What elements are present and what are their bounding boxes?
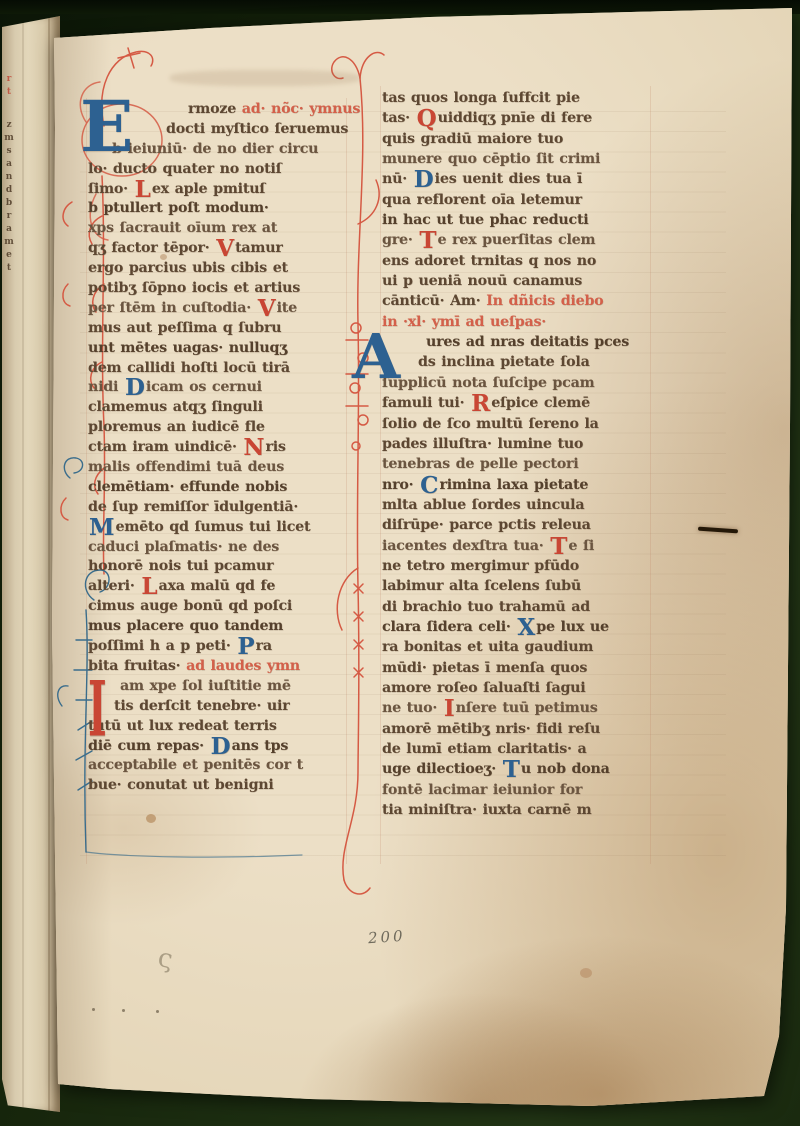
text-line: ds inclina pietate ſola [382,352,652,372]
gothic-text: iacentes dexſtra tua· [382,538,549,554]
text-line: per ſtēm in cuſtodia· Vite [88,299,350,319]
show-through-smudge [170,70,360,86]
text-line: alteri· Laxa malū qd fe [88,577,350,597]
text-line: uge dilectioeʒ· Tu nob dona [382,759,652,779]
gothic-text: clamemus atqʒ ſinguli [88,399,263,415]
rubric-text: In dñicis diebo [486,293,603,309]
text-line: Memēto qd ſumus tui licet [88,518,350,538]
gothic-text: fontē lacimar ieiunior for [382,782,582,798]
gothic-text: ures ad nras deitatis pces [426,334,629,350]
gothic-text: ſolio de ſco multū ſereno la [382,416,599,432]
text-line: quis gradiū maiore tuo [382,129,652,149]
gothic-text: unt mētes uagas· nulluqʒ [88,340,287,356]
fox-spot [580,968,592,978]
text-line: ctam iram uindicē· Nris [88,438,350,458]
gothic-text: tia miniſtra· iuxta carnē m [382,802,591,818]
text-line: malis offendimi tuā deus [88,458,350,478]
text-line: ergo parcius ubis cibis et [88,259,350,279]
gothic-text: mlta ablue ſordes uincula [382,497,584,513]
gothic-text: clara ſidera celi· [382,619,516,635]
text-line: fontē lacimar ieiunior for [382,780,652,800]
gothic-text: mus aut peſſima q ſubru [88,320,281,336]
gothic-text: mus placere quo tandem [88,618,283,634]
text-line: ures ad nras deitatis pces [382,332,652,352]
text-line: ne tuo· Inſere tuū petimus [382,698,652,718]
gothic-text: ris [265,439,285,455]
text-line: mūdi· pietas ī menſa quos [382,658,652,678]
ink-speck [92,1008,95,1011]
ink-speck [122,1009,125,1012]
text-line: labimur alta ſcelens ſubū [382,576,652,596]
gothic-text: per ſtēm in cuſtodia· [88,300,257,316]
gothic-text: cānticū· Am· [382,293,486,309]
text-line: ſolio de ſco multū ſereno la [382,414,652,434]
gothic-text: docti myſtico ſeruemus [166,121,348,137]
gothic-text: ſimo· [88,181,134,197]
gothic-text: mūdi· pietas ī menſa quos [382,660,587,676]
folio-number: 200 [367,927,406,948]
gothic-text: caduci plaſmatis· ne des [88,539,279,555]
gothic-text: eſpice clemē [491,395,590,411]
gothic-text: e ſi [568,538,594,554]
text-line: unt mētes uagas· nulluqʒ [88,339,350,359]
text-line: tis derſcit tenebre· uir [88,697,350,717]
text-column-left: Ermoze ad· nõc· ymnusdocti myſtico ſerue… [88,100,350,796]
text-line: ra bonitas et uita gaudium [382,637,652,657]
text-line: tia miniſtra· iuxta carnē m [382,800,652,820]
text-line: mus aut peſſima q ſubru [88,319,350,339]
gothic-text: bue· conutat ut benigni [88,777,274,793]
gothic-text: u nob dona [521,761,610,777]
text-line: diē cum repas· Dans tps [88,737,350,757]
text-line: mlta ablue ſordes uincula [382,495,652,515]
gothic-text: b ieiuniū· de no dier circu [112,141,318,157]
gothic-text: uiddiqʒ pnīe di fere [438,110,592,126]
column-guide-line [380,86,381,864]
gothic-text: cimus auge bonū qd poſci [88,598,292,614]
gothic-text: tis derſcit tenebre· uir [114,698,290,714]
gothic-text: ploremus an iudicē fle [88,419,265,435]
gothic-text: nſere tuū petimus [456,700,598,716]
text-line: nidi Dicam os cernui [88,378,350,398]
illuminated-initial-I: I [88,673,107,713]
text-line: acceptabile et penitēs cor t [88,756,350,776]
gothic-text: ans tps [232,738,289,754]
text-line: ens adoret trnitas q nos no [382,251,652,271]
gothic-text: de lumī etiam claritatis· a [382,741,586,757]
text-line: potibʒ ſōpno iocis et artius [88,279,350,299]
gothic-text: nro· [382,477,419,493]
gothic-text: tas· [382,110,416,126]
gothic-text: ui p ueniā nouū canamus [382,273,582,289]
text-line: caduci plaſmatis· ne des [88,538,350,558]
gothic-text: gre· [382,232,418,248]
gothic-text: nidi [88,379,124,395]
gothic-text: ne tetro mergimur pfūdo [382,558,579,574]
gothic-text: ra bonitas et uita gaudium [382,639,593,655]
gothic-text: poſſimi h a p peti· [88,638,236,654]
gothic-text: pe lux ue [536,619,609,635]
gothic-text: qua reflorent oīa letemur [382,192,582,208]
gothic-text: ctam iram uindicē· [88,439,242,455]
gothic-text: nū· [382,171,413,187]
text-line: iacentes dexſtra tua· Te ſi [382,536,652,556]
gothic-text: malis offendimi tuā deus [88,459,284,475]
gothic-text: rmoze [188,101,242,117]
fox-spot [146,814,156,823]
rubric-text: in ·xl· ymī ad ueſpas· [382,314,546,330]
gothic-text: ergo parcius ubis cibis et [88,260,288,276]
edge-bleed-text-red: rt [4,74,14,118]
illuminated-initial-A: A [352,326,400,388]
text-line: nro· Crimina laxa pietate [382,475,652,495]
text-line: clara ſidera celi· Xpe lux ue [382,617,652,637]
gothic-text: tenebras de pelle pectori [382,456,578,472]
gothic-text: acceptabile et penitēs cor t [88,757,303,773]
ink-speck [156,1010,159,1013]
gothic-text: in hac ut tue phac reducti [382,212,589,228]
column-guide-line [86,98,87,864]
fox-spot [160,254,167,260]
gothic-text: dem callidi hoſti locū tirā [88,360,290,376]
gothic-text: ſupplicū nota ſuſcipe pcam [382,375,594,391]
text-line: in ·xl· ymī ad ueſpas· [382,312,652,332]
text-line: mus placere quo tandem [88,617,350,637]
text-line: b ptullert poſt modum· [88,199,350,219]
gothic-text: ies uenit dies tua ī [435,171,583,187]
text-line: diſrūpe· parce pctis releua [382,515,652,535]
text-line: de ſup remiſſor īdulgentiā· [88,498,350,518]
text-line: gre· Te rex puerſitas clem [382,230,652,250]
gothic-text: de ſup remiſſor īdulgentiā· [88,499,298,515]
text-line: amore roſeo ſaluaſti ſagui [382,678,652,698]
gothic-text: ens adoret trnitas q nos no [382,253,596,269]
gothic-text: qʒ factor tēpor· [88,240,215,256]
rubric-text: ad laudes ymn [186,658,300,674]
text-line: tas· Quiddiqʒ pnīe di fere [382,108,652,128]
text-line: poſſimi h a p peti· Pra [88,637,350,657]
text-line: bue· conutat ut benigni [88,776,350,796]
gothic-text: axa malū qd fe [158,578,275,594]
text-line: am xpe ſol iuſtitie mē [88,677,350,697]
text-line: clamemus atqʒ ſinguli [88,398,350,418]
gothic-text: tamur [235,240,283,256]
gothic-text: tutū ut lux redeat terris [88,718,277,734]
gothic-text: labimur alta ſcelens ſubū [382,578,581,594]
illuminated-initial-E: E [80,92,133,162]
gothic-text: pades illuſtra· lumine tuo [382,436,583,452]
gothic-text: icam os cernui [146,379,262,395]
text-line: pades illuſtra· lumine tuo [382,434,652,454]
text-column-right: tas quos longa ſuffcit pietas· Quiddiqʒ … [382,88,652,820]
gothic-text: ite [277,300,297,316]
gothic-text: di brachio tuo trahamū ad [382,599,590,615]
text-line: nū· Dies uenit dies tua ī [382,169,652,189]
text-line: ui p ueniā nouū canamus [382,271,652,291]
gothic-text: b ptullert poſt modum· [88,200,269,216]
gothic-text: clemētiam· effunde nobis [88,479,287,495]
gothic-text: alteri· [88,578,140,594]
gothic-text: ds inclina pietate ſola [418,354,590,370]
gothic-text: ra [256,638,272,654]
text-line: qʒ factor tēpor· Vtamur [88,239,350,259]
gothic-text: e rex puerſitas clem [437,232,595,248]
text-line: ſimo· Lex aple pmituſ [88,180,350,200]
gothic-text: amore roſeo ſaluaſti ſagui [382,680,585,696]
gothic-text: amorē mētibʒ nris· fidi reſu [382,721,600,737]
text-line: qua reflorent oīa letemur [382,190,652,210]
pen-trial-squiggle: ς [156,943,175,975]
text-line: cānticū· Am· In dñicis diebo [382,291,652,311]
text-line: cimus auge bonū qd poſci [88,597,350,617]
manuscript-page: Ermoze ad· nõc· ymnusdocti myſtico ſerue… [50,8,792,1116]
gothic-text: ne tuo· [382,700,443,716]
text-line: clemētiam· effunde nobis [88,478,350,498]
text-line: ploremus an iudicē fle [88,418,350,438]
text-line: honorē nois tui pcamur [88,557,350,577]
text-line: ſupplicū nota ſuſcipe pcam [382,373,652,393]
gothic-text: ex aple pmituſ [152,181,265,197]
gothic-text: munere quo cēptio ſit crimi [382,151,600,167]
text-line: famuli tui· Reſpice clemē [382,393,652,413]
edge-bleed-text: zmsandbramet [4,120,14,500]
gothic-text: rimina laxa pietate [439,477,588,493]
gothic-text: potibʒ ſōpno iocis et artius [88,280,300,296]
gothic-text: diſrūpe· parce pctis releua [382,517,591,533]
gothic-text: uge dilectioeʒ· [382,761,502,777]
parchment-surface: Ermoze ad· nõc· ymnusdocti myſtico ſerue… [50,8,792,1116]
gothic-text: emēto qd ſumus tui licet [115,519,310,535]
parchment-slit-flaw [698,527,738,534]
gothic-text: tas quos longa ſuffcit pie [382,90,580,106]
text-line: bita fruitas· ad laudes ymn [88,657,350,677]
gothic-text: honorē nois tui pcamur [88,558,273,574]
page-edge-fold [22,16,24,1112]
gothic-text: am xpe ſol iuſtitie mē [120,678,291,694]
text-line: amorē mētibʒ nris· fidi reſu [382,719,652,739]
rubric-text: ad· nõc· ymnus [242,101,360,117]
gothic-text: famuli tui· [382,395,470,411]
text-line: ne tetro mergimur pfūdo [382,556,652,576]
gothic-text: xps ſacrauit oīum rex at [88,220,277,236]
gothic-text: quis gradiū maiore tuo [382,131,563,147]
